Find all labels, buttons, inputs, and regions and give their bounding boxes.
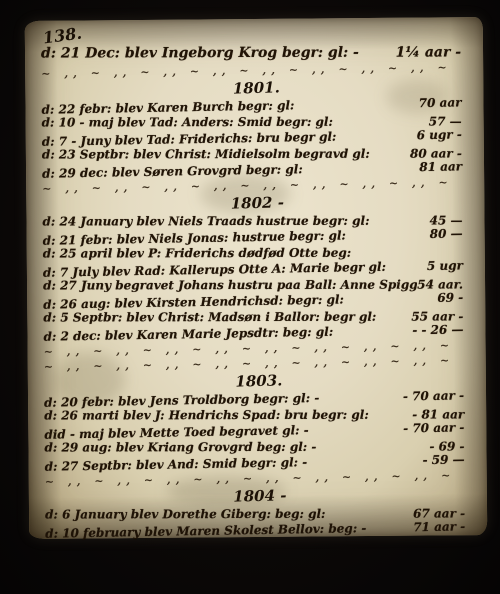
photograph-frame: 138. d: 21 Dec: blev Ingeborg Krog begr:… bbox=[0, 0, 500, 594]
entry-age: - 70 aar - bbox=[403, 419, 474, 436]
entry-age: 81 aar bbox=[419, 158, 472, 175]
register-page: 138. d: 21 Dec: blev Ingeborg Krog begr:… bbox=[25, 17, 488, 539]
entry-age: 80 — bbox=[430, 225, 473, 242]
entry-age: - 70 aar - bbox=[403, 387, 474, 404]
entry-age: 69 - bbox=[437, 289, 473, 306]
entry-text: d: 21 Dec: blev Ingeborg Krog begr: gl: … bbox=[41, 43, 359, 64]
entry-text: d: 25 april blev P: Friderichs dødfød Ot… bbox=[43, 245, 351, 262]
entry-age: - - 26 — bbox=[412, 321, 473, 338]
entry-text: d: 6 January blev Dorethe Giberg: beg: g… bbox=[45, 506, 325, 523]
entry-text: d: 29 aug: blev Kriang Grovgrd beg: gl: … bbox=[44, 439, 316, 456]
entry-age: 70 aar bbox=[419, 94, 472, 111]
entry-text: d: 10 - maj blev Tad: Anders: Smid begr:… bbox=[42, 114, 333, 131]
entry-age: 71 aar - bbox=[413, 518, 475, 535]
entry-age: 5 ugr bbox=[427, 257, 473, 274]
entry-age: 6 ugr - bbox=[416, 126, 471, 143]
entry-age: - 59 — bbox=[422, 451, 474, 468]
entry-text: d: 10 february blev Maren Skolest Bellov… bbox=[45, 520, 366, 542]
